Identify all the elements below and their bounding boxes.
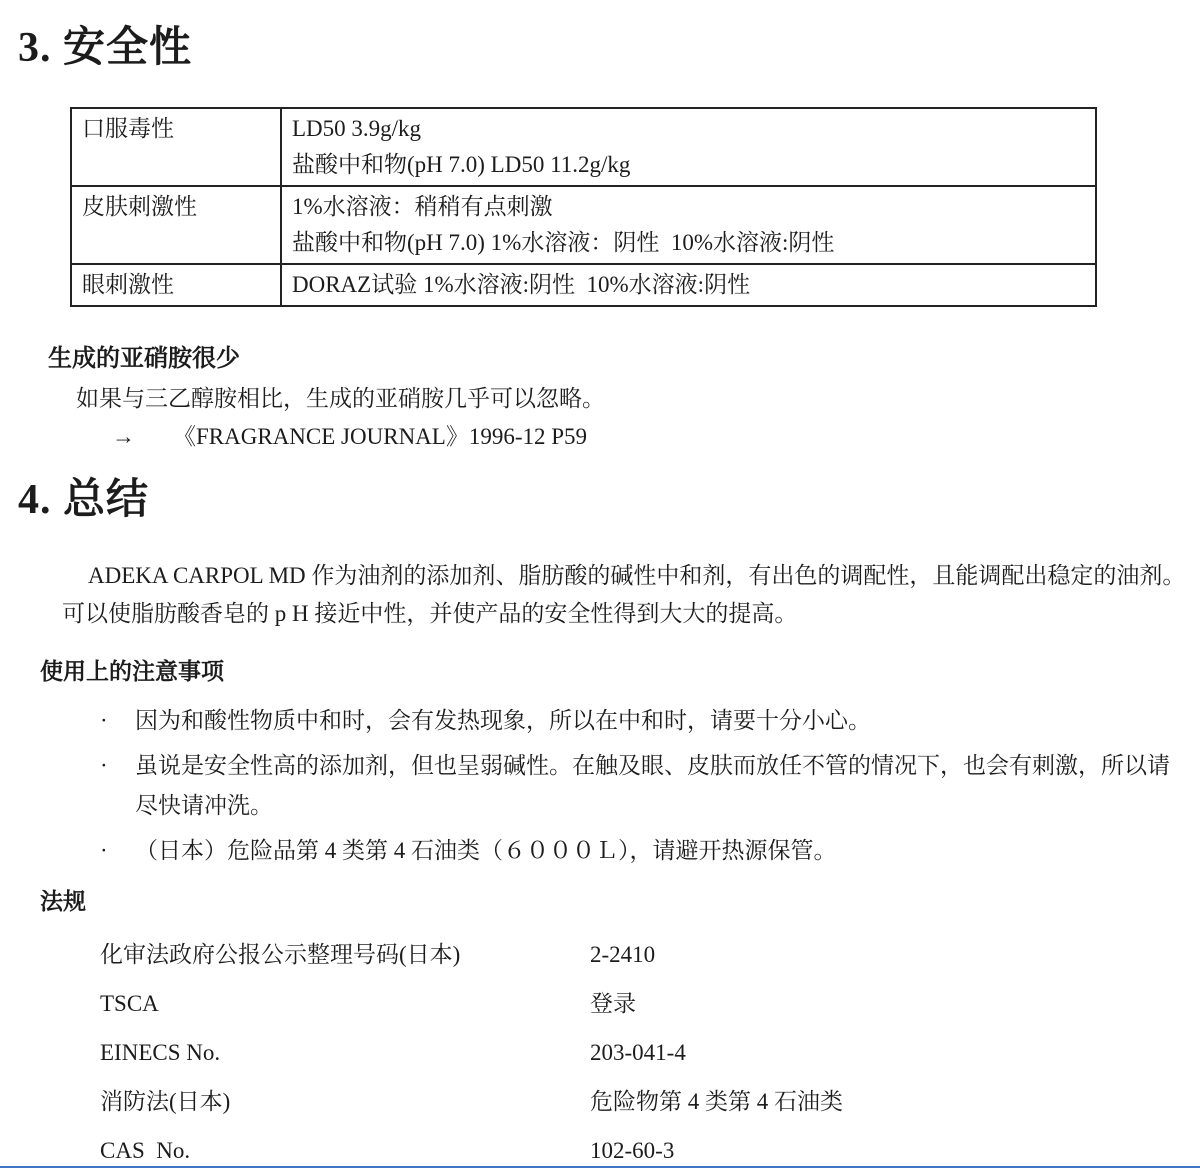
regulation-value: 102-60-3 (590, 1135, 1200, 1167)
regulation-value: 2-2410 (590, 939, 1200, 971)
section-3-heading: 3. 安全性 (18, 25, 1200, 71)
regulation-row: CAS No. 102-60-3 (100, 1135, 1200, 1167)
regulation-label: 化审法政府公报公示整理号码(日本) (100, 939, 590, 971)
document-page: 3. 安全性 口服毒性 LD50 3.9g/kg 盐酸中和物(pH 7.0) L… (0, 0, 1200, 1169)
list-item: · （日本）危险品第 4 类第 4 石油类（６０００Ｌ），请避开热源保管。 (100, 831, 1200, 871)
table-row-label: 眼刺激性 (71, 264, 281, 306)
table-row-value: LD50 3.9g/kg 盐酸中和物(pH 7.0) LD50 11.2g/kg (281, 108, 1096, 186)
safety-table: 口服毒性 LD50 3.9g/kg 盐酸中和物(pH 7.0) LD50 11.… (70, 107, 1097, 307)
list-item: · 虽说是安全性高的添加剂，但也呈弱碱性。在触及眼、皮肤而放任不管的情况下，也会… (100, 746, 1200, 826)
table-row-value: 1%水溶液：稍稍有点刺激 盐酸中和物(pH 7.0) 1%水溶液：阴性 10%水… (281, 186, 1096, 264)
regulation-value: 203-041-4 (590, 1037, 1200, 1069)
table-row-label: 口服毒性 (71, 108, 281, 186)
regulation-row: EINECS No. 203-041-4 (100, 1037, 1200, 1069)
regulation-row: 化审法政府公报公示整理号码(日本) 2-2410 (100, 939, 1200, 971)
reference-text: 《FRAGRANCE JOURNAL》1996-12 P59 (173, 424, 587, 449)
summary-paragraph: ADEKA CARPOL MD 作为油剂的添加剂、脂肪酸的碱性中和剂，有出色的调… (62, 557, 1192, 633)
nitrosamine-body: 如果与三乙醇胺相比，生成的亚硝胺几乎可以忽略。 (76, 383, 1200, 415)
regulation-row: 消防法(日本) 危险物第 4 类第 4 石油类 (100, 1086, 1200, 1118)
table-row-skin-irritation: 皮肤刺激性 1%水溶液：稍稍有点刺激 盐酸中和物(pH 7.0) 1%水溶液：阴… (71, 186, 1096, 264)
regulation-value: 登录 (590, 988, 1200, 1020)
nitrosamine-heading: 生成的亚硝胺很少 (48, 343, 1200, 375)
list-item: · 因为和酸性物质中和时，会有发热现象，所以在中和时，请要十分小心。 (100, 701, 1200, 741)
nitrosamine-reference-line: →《FRAGRANCE JOURNAL》1996-12 P59 (112, 421, 1200, 453)
regulation-label: EINECS No. (100, 1037, 590, 1069)
regulation-value: 危险物第 4 类第 4 石油类 (590, 1086, 1200, 1118)
list-item-text: 因为和酸性物质中和时，会有发热现象，所以在中和时，请要十分小心。 (135, 701, 1180, 741)
table-cell-line: 盐酸中和物(pH 7.0) 1%水溶液：阴性 10%水溶液:阴性 (292, 225, 1085, 261)
list-item-text: 虽说是安全性高的添加剂，但也呈弱碱性。在触及眼、皮肤而放任不管的情况下，也会有刺… (135, 746, 1180, 826)
bullet-icon: · (100, 701, 135, 741)
table-row-oral-toxicity: 口服毒性 LD50 3.9g/kg 盐酸中和物(pH 7.0) LD50 11.… (71, 108, 1096, 186)
bottom-page-divider (0, 1166, 1200, 1168)
list-item-text: （日本）危险品第 4 类第 4 石油类（６０００Ｌ），请避开热源保管。 (135, 831, 1180, 871)
table-cell-line: 1%水溶液：稍稍有点刺激 (292, 189, 1085, 225)
bullet-icon: · (100, 746, 135, 826)
table-cell-line: DORAZ试验 1%水溶液:阴性 10%水溶液:阴性 (292, 267, 1085, 303)
regulation-label: 消防法(日本) (100, 1086, 590, 1118)
section-4-heading: 4. 总结 (18, 477, 1200, 523)
bullet-icon: · (100, 831, 135, 871)
table-row-label: 皮肤刺激性 (71, 186, 281, 264)
regulation-label: TSCA (100, 988, 590, 1020)
table-cell-line: 盐酸中和物(pH 7.0) LD50 11.2g/kg (292, 147, 1085, 183)
regulations-list: 化审法政府公报公示整理号码(日本) 2-2410 TSCA 登录 EINECS … (0, 939, 1200, 1167)
precautions-heading: 使用上的注意事项 (40, 657, 1200, 687)
arrow-icon: → (112, 421, 135, 453)
table-row-eye-irritation: 眼刺激性 DORAZ试验 1%水溶液:阴性 10%水溶液:阴性 (71, 264, 1096, 306)
table-cell-line: LD50 3.9g/kg (292, 111, 1085, 147)
regulation-label: CAS No. (100, 1135, 590, 1167)
regulation-row: TSCA 登录 (100, 988, 1200, 1020)
table-row-value: DORAZ试验 1%水溶液:阴性 10%水溶液:阴性 (281, 264, 1096, 306)
precautions-list: · 因为和酸性物质中和时，会有发热现象，所以在中和时，请要十分小心。 · 虽说是… (0, 701, 1200, 871)
regulations-heading: 法规 (40, 887, 1200, 917)
